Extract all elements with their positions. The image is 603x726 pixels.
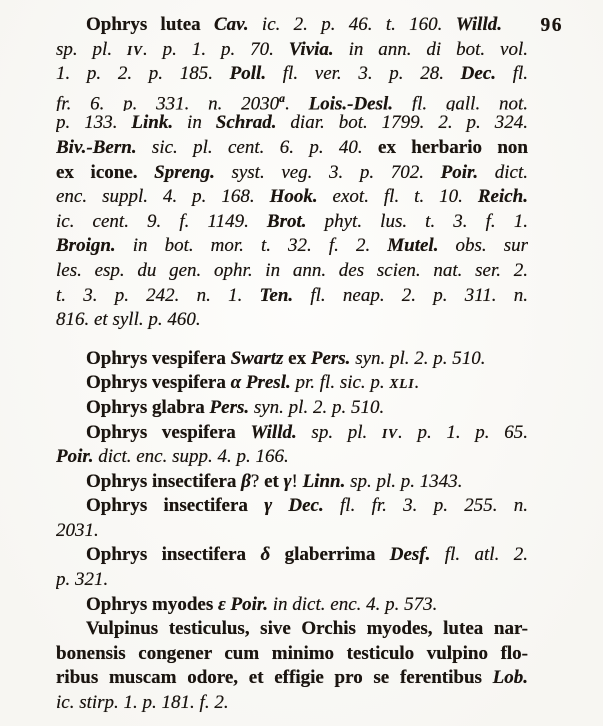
text-run: δ xyxy=(260,544,284,565)
text-run: Vulpinus testiculus, sive Orchis myodes,… xyxy=(86,618,528,639)
text-run: . p. 1. p. 65. xyxy=(398,422,528,443)
text-line: ribus muscam odore, et effigie pro se fe… xyxy=(56,666,528,691)
text-run: Lois.-Desl. xyxy=(309,93,393,111)
text-run: Ten. xyxy=(260,285,294,306)
text-line: Poir. dict. enc. supp. 4. p. 166. xyxy=(56,445,528,470)
text-run: Link. xyxy=(131,112,173,133)
text-run: . p. 1. p. 70. xyxy=(143,39,289,60)
text-run: fl. fr. 3. p. 255. n. xyxy=(324,495,528,516)
text-run: Dec. xyxy=(288,495,323,516)
text-run: Ophrys insectifera xyxy=(86,495,264,516)
text-run: Ophrys insectifera xyxy=(86,471,241,492)
text-line: ic. stirp. 1. p. 181. f. 2. xyxy=(56,691,528,716)
text-run: IV xyxy=(382,426,398,441)
text-run: sp. pl. xyxy=(56,39,127,60)
text-run: Willd. xyxy=(250,422,296,443)
text-line: bonensis congener cum minimo testiculo v… xyxy=(56,642,528,667)
text-run: Ophrys vespifera xyxy=(86,372,231,393)
text-line: p. 321. xyxy=(56,568,528,593)
text-line: les. esp. du gen. ophr. in ann. des scie… xyxy=(56,259,528,284)
text-run: enc. suppl. 4. p. 168. xyxy=(56,186,270,207)
text-run: in dict. enc. 4. p. 573. xyxy=(268,594,437,615)
text-run: ic. cent. 9. f. 1149. xyxy=(56,211,267,232)
text-run: ε xyxy=(218,594,231,615)
text-run: Vivia. xyxy=(289,39,334,60)
text-run: sp. pl. p. 1343. xyxy=(345,471,462,492)
text-run: t. 3. p. 242. n. 1. xyxy=(56,285,260,306)
text-line: ex icone. Spreng. syst. veg. 3. p. 702. … xyxy=(56,161,528,186)
text-run: p. 321. xyxy=(56,569,108,590)
paragraph: Ophrys insectifera β? et γ! Linn. sp. pl… xyxy=(56,470,528,495)
text-line: Ophrys myodes ε Poir. in dict. enc. 4. p… xyxy=(56,593,528,618)
text-line: fr. 6. p. 331. n. 2030a. Lois.-Desl. fl.… xyxy=(56,87,528,112)
text-run: Spreng. xyxy=(154,162,215,183)
text-line: Ophrys vespifera Swartz ex Pers. syn. pl… xyxy=(56,347,528,372)
text-run: Ophrys vespifera xyxy=(86,422,250,443)
text-line: Ophrys insectifera γ Dec. fl. fr. 3. p. … xyxy=(56,494,528,519)
text-run: fl. xyxy=(496,63,528,84)
text-run: β xyxy=(241,471,251,492)
text-run: α xyxy=(231,372,246,393)
text-run: Desf. xyxy=(390,544,431,565)
text-line: p. 133. Link. in Schrad. diar. bot. 1799… xyxy=(56,111,528,136)
text-run: dict. enc. supp. 4. p. 166. xyxy=(93,446,288,467)
text-run: IV xyxy=(127,43,143,58)
text-block: Ophrys lutea Cav. ic. 2. p. 46. t. 160. … xyxy=(56,13,528,716)
text-line: enc. suppl. 4. p. 168. Hook. exot. fl. t… xyxy=(56,185,528,210)
text-run: Ophrys myodes xyxy=(86,594,218,615)
text-run: sic. pl. cent. 6. p. 40. xyxy=(137,137,378,158)
text-run: Schrad. xyxy=(216,112,277,133)
text-line: Ophrys vespifera α Presl. pr. fl. sic. p… xyxy=(56,371,528,396)
text-run: Ophrys insectifera xyxy=(86,544,260,565)
text-line: t. 3. p. 242. n. 1. Ten. fl. neap. 2. p.… xyxy=(56,284,528,309)
text-line: Vulpinus testiculus, sive Orchis myodes,… xyxy=(56,617,528,642)
text-run: Poir. xyxy=(231,594,268,615)
text-run: ribus muscam odore, et effigie pro se fe… xyxy=(56,667,493,688)
text-run: 2031. xyxy=(56,520,99,541)
text-line: Ophrys lutea Cav. ic. 2. p. 46. t. 160. … xyxy=(56,13,528,38)
text-run: Ophrys lutea xyxy=(86,14,214,35)
paragraph: Ophrys vespifera α Presl. pr. fl. sic. p… xyxy=(56,371,528,396)
text-run: Willd. xyxy=(456,14,502,35)
text-run: . xyxy=(415,372,420,393)
text-run: Lob. xyxy=(493,667,528,688)
text-line: Ophrys glabra Pers. syn. pl. 2. p. 510. xyxy=(56,396,528,421)
text-run: . xyxy=(285,93,309,111)
text-run: in xyxy=(173,112,216,133)
paragraph: Ophrys vespifera Willd. sp. pl. IV. p. 1… xyxy=(56,421,528,470)
text-run: in bot. mor. t. 32. f. 2. xyxy=(116,235,388,256)
text-run: in ann. di bot. vol. xyxy=(334,39,528,60)
text-run: ex icone. xyxy=(56,162,154,183)
paragraph: Vulpinus testiculus, sive Orchis myodes,… xyxy=(56,617,528,715)
paragraph: Ophrys glabra Pers. syn. pl. 2. p. 510. xyxy=(56,396,528,421)
text-run: phyt. lus. t. 3. f. 1. xyxy=(307,211,528,232)
text-run: XLI xyxy=(389,376,414,391)
text-run: bonensis congener cum minimo testiculo v… xyxy=(56,643,528,664)
paragraph: Ophrys lutea Cav. ic. 2. p. 46. t. 160. … xyxy=(56,13,528,333)
text-run: 1. p. 2. p. 185. xyxy=(56,63,230,84)
text-run: γ xyxy=(264,495,288,516)
paragraph: Ophrys insectifera δ glaberrima Desf. fl… xyxy=(56,543,528,592)
text-run: Ophrys glabra xyxy=(86,397,210,418)
text-run: les. esp. du gen. ophr. in ann. des scie… xyxy=(56,260,528,281)
paragraph: Ophrys vespifera Swartz ex Pers. syn. pl… xyxy=(56,347,528,372)
text-run: 816. et syll. p. 460. xyxy=(56,309,201,330)
text-run: p. 133. xyxy=(56,112,131,133)
text-line: 2031. xyxy=(56,519,528,544)
text-line: 1. p. 2. p. 185. Poll. fl. ver. 3. p. 28… xyxy=(56,62,528,87)
text-run: exot. fl. t. 10. xyxy=(318,186,478,207)
text-run: dict. xyxy=(478,162,528,183)
text-run: Brot. xyxy=(267,211,307,232)
text-run: ex herbario non xyxy=(378,137,528,158)
text-run: et xyxy=(264,471,284,492)
text-run: Broign. xyxy=(56,235,116,256)
text-line: sp. pl. IV. p. 1. p. 70. Vivia. in ann. … xyxy=(56,38,528,63)
text-run: ? xyxy=(251,471,264,492)
text-run: Poll. xyxy=(230,63,266,84)
text-run: ! xyxy=(292,471,303,492)
text-run: ex xyxy=(283,348,310,369)
text-run: Poir. xyxy=(56,446,93,467)
text-run: pr. fl. sic. p. xyxy=(291,372,390,393)
text-run: sp. pl. xyxy=(297,422,382,443)
text-run: γ xyxy=(284,471,292,492)
text-line: 816. et syll. p. 460. xyxy=(56,308,528,333)
text-line: Ophrys vespifera Willd. sp. pl. IV. p. 1… xyxy=(56,421,528,446)
paragraph: Ophrys insectifera γ Dec. fl. fr. 3. p. … xyxy=(56,494,528,543)
text-run: diar. bot. 1799. 2. p. 324. xyxy=(276,112,528,133)
text-run: glaberrima xyxy=(285,544,390,565)
text-run: Ophrys vespifera xyxy=(86,348,231,369)
text-run: syst. veg. 3. p. 702. xyxy=(215,162,441,183)
text-run: syn. pl. 2. p. 510. xyxy=(350,348,485,369)
text-line: Ophrys insectifera δ glaberrima Desf. fl… xyxy=(56,543,528,568)
text-run: Cav. xyxy=(214,14,249,35)
text-run: syn. pl. 2. p. 510. xyxy=(249,397,384,418)
text-run: ic. stirp. 1. p. 181. f. 2. xyxy=(56,692,229,713)
text-run: Swartz xyxy=(231,348,284,369)
text-line: Ophrys insectifera β? et γ! Linn. sp. pl… xyxy=(56,470,528,495)
text-run: Biv.-Bern. xyxy=(56,137,137,158)
text-line: Biv.-Bern. sic. pl. cent. 6. p. 40. ex h… xyxy=(56,136,528,161)
paragraph: Ophrys myodes ε Poir. in dict. enc. 4. p… xyxy=(56,593,528,618)
page-number: 96 xyxy=(541,15,564,37)
text-run: Mutel. xyxy=(387,235,438,256)
text-run: Dec. xyxy=(461,63,496,84)
text-run: fl. gall. not. xyxy=(393,93,528,111)
text-run: fl. atl. 2. xyxy=(430,544,528,565)
text-run: fr. 6. p. 331. n. 2030 xyxy=(56,93,279,111)
text-run: fl. ver. 3. p. 28. xyxy=(266,63,461,84)
text-run: fl. neap. 2. p. 311. n. xyxy=(293,285,528,306)
text-line: Broign. in bot. mor. t. 32. f. 2. Mutel.… xyxy=(56,234,528,259)
text-run: Pers. xyxy=(311,348,351,369)
text-run: Hook. xyxy=(270,186,318,207)
text-run: Reich. xyxy=(478,186,528,207)
text-line: ic. cent. 9. f. 1149. Brot. phyt. lus. t… xyxy=(56,210,528,235)
book-page: 96 Ophrys lutea Cav. ic. 2. p. 46. t. 16… xyxy=(0,0,603,726)
text-run: Pers. xyxy=(210,397,250,418)
text-run: Presl. xyxy=(246,372,291,393)
text-run: ic. 2. p. 46. t. 160. xyxy=(249,14,456,35)
text-run: Linn. xyxy=(303,471,346,492)
text-run: obs. sur xyxy=(438,235,528,256)
text-run: Poir. xyxy=(441,162,478,183)
